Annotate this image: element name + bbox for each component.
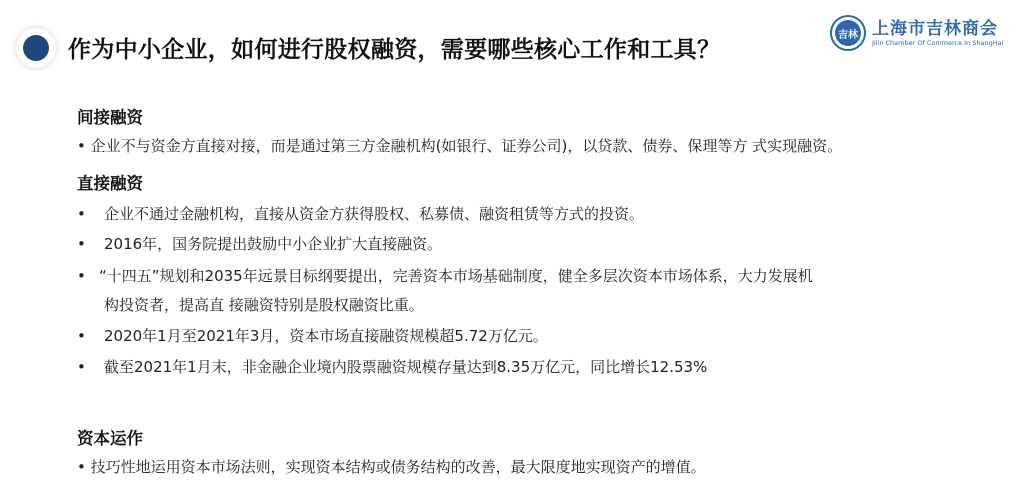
bullet-capital-1: • 技巧性地运用资本市场法则，实现资本结构或债务结构的改善，最大限度地实现资产的… xyxy=(77,457,706,477)
title-bullet-icon xyxy=(16,28,56,68)
slide-header: 作为中小企业，如何进行股权融资，需要哪些核心工作和工具？ 吉林 上海市吉林商会 … xyxy=(0,0,1024,90)
logo-name-en: Jilin Chamber Of Commerce In ShangHai xyxy=(872,39,1003,48)
section-heading-capital: 资本运作 xyxy=(77,425,143,449)
logo-name-cn: 上海市吉林商会 xyxy=(872,19,1003,39)
bullet-indirect-1: • 企业不与资金方直接对接，而是通过第三方金融机构(如银行、证券公司)，以贷款、… xyxy=(77,136,842,156)
section-heading-indirect: 间接融资 xyxy=(77,104,143,128)
logo-emblem-icon: 吉林 xyxy=(830,15,866,51)
logo: 吉林 上海市吉林商会 Jilin Chamber Of Commerce In … xyxy=(830,13,1003,53)
section-heading-direct: 直接融资 xyxy=(77,170,143,194)
page-title: 作为中小企业，如何进行股权融资，需要哪些核心工作和工具？ xyxy=(68,31,720,64)
